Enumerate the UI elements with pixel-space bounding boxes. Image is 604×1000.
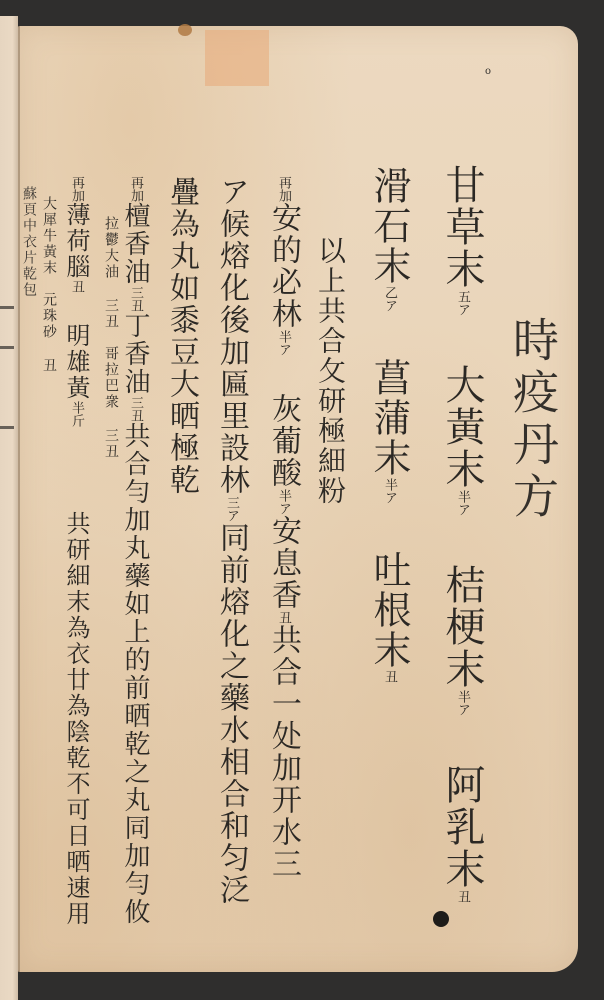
ingredient: 桔梗末 bbox=[439, 564, 485, 690]
ingredient: 阿乳末 bbox=[439, 764, 485, 890]
quantity: 丑 bbox=[276, 611, 291, 624]
ingredient: 甘草末 bbox=[439, 164, 485, 290]
edge-column: 蘇頁中衣片乾包 bbox=[22, 186, 36, 298]
quantity: 三ア bbox=[224, 496, 239, 522]
quantity: 半ア bbox=[276, 330, 291, 356]
ingredient: 吐根末 bbox=[367, 550, 411, 670]
ghost-stroke bbox=[0, 306, 14, 309]
ingredient-column-8: 再加薄荷腦丑 明雄黃半斤 bbox=[64, 176, 88, 427]
water-stain bbox=[178, 24, 192, 36]
ingredient-column-4: 再加安的必林半ア 灰葡酸半ア安息香丑共合一处加开水三 bbox=[268, 176, 298, 880]
ingredient: 菖蒲末 bbox=[367, 358, 411, 478]
left-page-edge bbox=[0, 16, 18, 1000]
quantity: 半ア bbox=[382, 478, 397, 504]
quantity: 半ア bbox=[276, 489, 291, 515]
ingredient: 安的必林 bbox=[266, 202, 301, 330]
quantity: 乙ア bbox=[382, 286, 397, 312]
ingredient: 大黃末 bbox=[439, 364, 485, 490]
instruction-column-6: 疊為丸如黍豆大晒極乾 bbox=[166, 176, 196, 496]
prefix: 再加 bbox=[69, 176, 84, 202]
ghost-stroke bbox=[0, 426, 14, 429]
page-title: 時疫丹方 bbox=[510, 316, 556, 524]
prefix: 再加 bbox=[276, 176, 291, 202]
instruction: 同前熔化之藥水相合和匀泛 bbox=[214, 522, 249, 906]
instruction-column-3: 以上共合攵研極細粉 bbox=[316, 236, 344, 506]
ingredient-column-7: 再加檀香油三丑丁香油三丑共合勻加丸藥如上的前晒乾之丸同加勻攸 bbox=[122, 176, 148, 926]
ingredient-column-1: 甘草末五ア 大黃末半ア 桔梗末半ア 阿乳末丑 bbox=[442, 164, 482, 903]
ink-blot bbox=[433, 911, 449, 927]
ingredient: 灰葡酸 bbox=[266, 393, 301, 489]
instruction-column-5: ア候熔化後加匾里設林三ア同前熔化之藥水相合和匀泛 bbox=[216, 176, 246, 906]
instruction-column-final: 共研細末為衣廿為陰乾不可日晒速用 bbox=[64, 511, 88, 927]
ingredient: 丁香油 bbox=[120, 312, 150, 396]
ingredient: 明雄黃 bbox=[62, 323, 90, 401]
quantity: 丑 bbox=[455, 890, 470, 903]
ingredient: 安息香 bbox=[266, 515, 301, 611]
quantity: 半ア bbox=[455, 490, 470, 516]
quantity: 三丑 bbox=[128, 286, 143, 312]
quantity: 丑 bbox=[69, 280, 84, 293]
quantity: 半ア bbox=[455, 690, 470, 716]
instruction: 共合勻加丸藥如上的前晒乾之丸同加勻攸 bbox=[120, 422, 150, 926]
ingredient-column-2: 滑石末乙ア 菖蒲末半ア 吐根末丑 bbox=[370, 166, 408, 683]
library-seal bbox=[205, 30, 269, 86]
ghost-stroke bbox=[0, 346, 14, 349]
instruction: 共合一处加开水三 bbox=[266, 624, 301, 880]
instruction: ア候熔化後加匾里設林 bbox=[214, 176, 249, 496]
quantity: 半斤 bbox=[69, 401, 84, 427]
ingredient: 滑石末 bbox=[367, 166, 411, 286]
manuscript-page: o 時疫丹方 甘草末五ア 大黃末半ア 桔梗末半ア 阿乳末丑 滑石末乙ア 菖蒲末半… bbox=[18, 26, 578, 972]
ingredient: 薄荷腦 bbox=[62, 202, 90, 280]
quantity: 三丑 bbox=[128, 396, 143, 422]
corner-mark: o bbox=[485, 66, 491, 77]
quantity: 五ア bbox=[455, 290, 470, 316]
ingredient: 檀香油 bbox=[120, 202, 150, 286]
sub-ingredient-column: 大犀牛黃末 元珠砂 丑 bbox=[42, 196, 56, 374]
prefix: 再加 bbox=[128, 176, 143, 202]
quantity: 丑 bbox=[382, 670, 397, 683]
sub-ingredient-column: 拉鬱大油 三丑 哥拉巴衆 三丑 bbox=[104, 216, 118, 460]
